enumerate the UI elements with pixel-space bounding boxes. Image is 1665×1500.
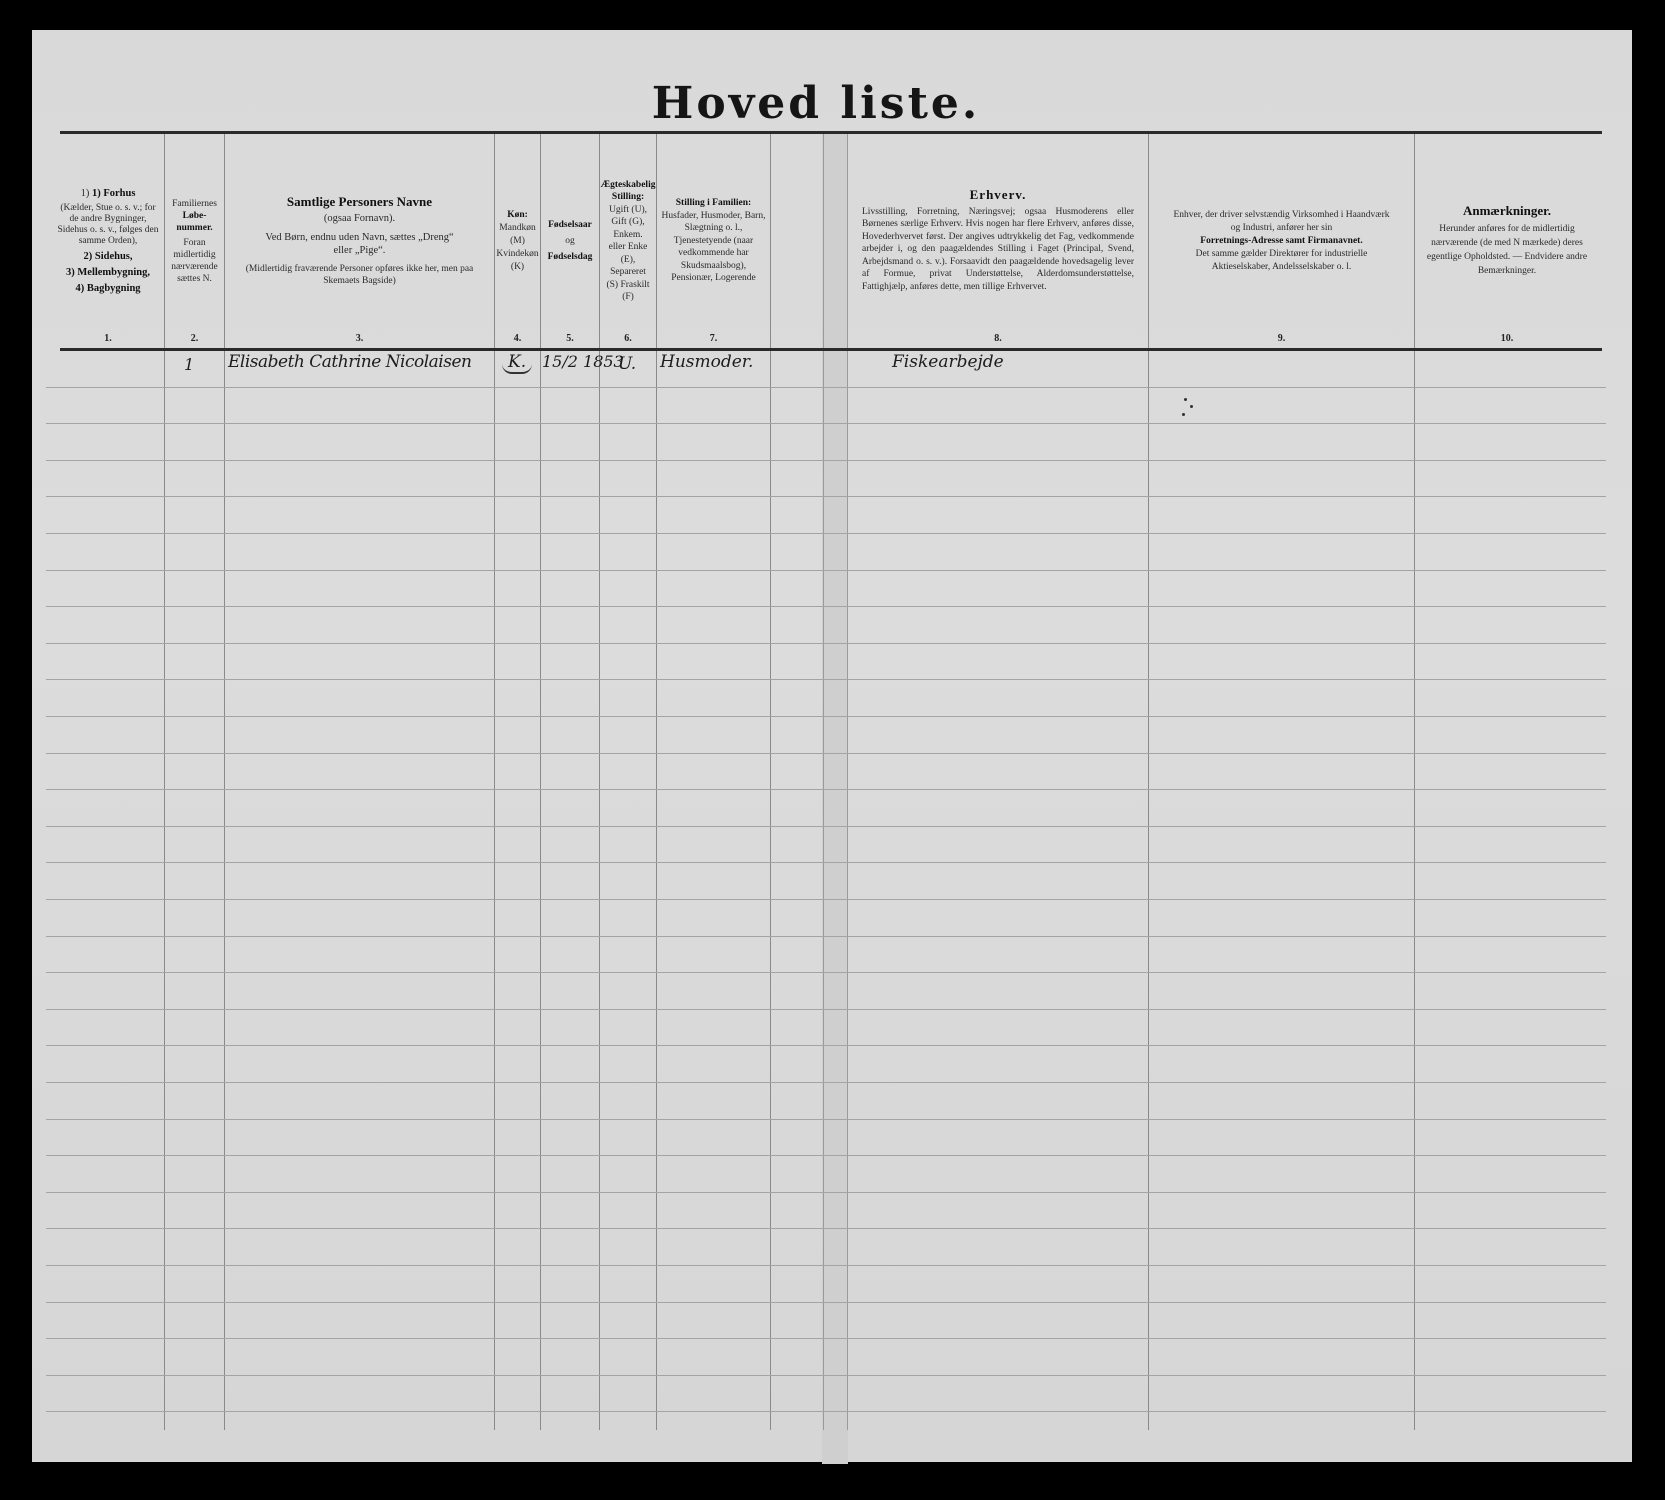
header-text: Løbe-nummer. [169, 210, 220, 234]
header-text: Anmærkninger. [1463, 204, 1551, 218]
column-number: 8. [848, 333, 1148, 344]
header-text: Fødselsdag [548, 249, 593, 265]
row-line [46, 936, 1606, 937]
entry-sex: K. [502, 352, 532, 374]
header-text: (Midlertidig fraværende Personer opføres… [239, 263, 480, 287]
ink-speck [1190, 405, 1193, 408]
row-line [46, 1045, 1606, 1046]
row-line [46, 460, 1606, 461]
row-line [46, 1375, 1606, 1376]
column-number: 7. [657, 333, 770, 344]
header-text: 2) Sidehus, [83, 251, 132, 262]
header-col-2: Familiernes Løbe-nummer. Foran midlertid… [165, 136, 224, 346]
header-text: (Kælder, Stue o. s. v.; for de andre Byg… [56, 203, 160, 247]
entry-family-position: Husmoder. [660, 352, 753, 372]
row-line [46, 1082, 1606, 1083]
column-number: 1. [52, 333, 164, 344]
row-line [46, 753, 1606, 754]
row-line [46, 496, 1606, 497]
header-text: Fødselsaar [548, 217, 592, 233]
row-line [46, 1302, 1606, 1303]
row-line [46, 1411, 1606, 1412]
header-text: Familiernes [172, 198, 217, 210]
header-text: Husfader, Husmoder, Barn, Slægtning o. l… [661, 210, 766, 285]
row-line [46, 423, 1606, 424]
header-text: 4) Bagbygning [75, 283, 140, 294]
header-col-4: Køn: Mandkøn (M) Kvindekøn (K) [495, 136, 540, 346]
header-text: (ogsaa Fornavn). [324, 212, 395, 225]
header-text: Enhver, der driver selvstændig Virksomhe… [1171, 209, 1392, 235]
header-text: Foran midlertidig nærværende sættes N. [169, 237, 220, 285]
header-col-9: Enhver, der driver selvstændig Virksomhe… [1149, 136, 1414, 346]
row-line [46, 716, 1606, 717]
row-line [46, 826, 1606, 827]
row-line [46, 1265, 1606, 1266]
header-col-7: Stilling i Familien: Husfader, Husmoder,… [657, 136, 770, 346]
header-text: 1) Forhus [92, 188, 135, 199]
header-text: Forretnings-Adresse samt Firmanavnet. [1200, 235, 1362, 248]
row-line [46, 899, 1606, 900]
column-number: 9. [1149, 333, 1414, 344]
row-line [46, 972, 1606, 973]
header-text: Samtlige Personers Navne [287, 195, 432, 208]
row-line [46, 1119, 1606, 1120]
entry-name: Elisabeth Cathrine Nicolaisen [228, 352, 471, 372]
row-line [46, 1338, 1606, 1339]
header-text: Herunder anføres for de midlertidig nærv… [1425, 222, 1589, 278]
row-line [46, 679, 1606, 680]
header-text: Mandkøn (M) Kvindekøn (K) [496, 222, 538, 274]
header-col-5: Fødselsaar og Fødselsdag [541, 136, 599, 346]
row-line [46, 643, 1606, 644]
header-text: 3) Mellembygning, [66, 267, 150, 278]
row-line [46, 387, 1606, 388]
header-text: Ugift (U), Gift (G), Enkem. eller Enke (… [604, 204, 652, 304]
ink-speck [1182, 413, 1185, 416]
row-line [46, 1009, 1606, 1010]
header-text: Ægteskabelig Stilling: [601, 179, 656, 204]
column-number: 2. [165, 333, 224, 344]
gutter-divider [823, 134, 824, 1430]
column-number: 4. [495, 333, 540, 344]
row-line [46, 606, 1606, 607]
row-line [46, 1228, 1606, 1229]
header-rule [60, 348, 1602, 351]
ink-speck [1184, 398, 1187, 401]
header-text: Det samme gælder Direktører for industri… [1171, 248, 1392, 274]
census-form-page: Hoved liste. 1) 1) Forhus (Kælder, Stue … [32, 30, 1632, 1462]
header-col-1: 1) 1) Forhus (Kælder, Stue o. s. v.; for… [52, 136, 164, 346]
entry-birth: 15/2 1853 [542, 352, 624, 371]
entry-marital-status: U. [618, 354, 636, 374]
header-text: Køn: [507, 209, 528, 222]
header-text: Ved Børn, endnu uden Navn, sættes „Dreng… [239, 231, 480, 257]
row-line [46, 570, 1606, 571]
header-col-6: Ægteskabelig Stilling: Ugift (U), Gift (… [600, 136, 656, 346]
column-number: 5. [541, 333, 599, 344]
header-col-3: Samtlige Personers Navne (ogsaa Fornavn)… [225, 136, 494, 346]
header-text: og [565, 233, 575, 249]
row-line [46, 1155, 1606, 1156]
header-text: Stilling i Familien: [676, 197, 751, 210]
entry-family-number: 1 [184, 355, 194, 374]
column-number: 10. [1415, 333, 1599, 344]
row-line [46, 789, 1606, 790]
header-text: Livsstilling, Forretning, Næringsvej; og… [862, 206, 1134, 294]
form-title: Hoved liste. [32, 78, 1600, 129]
header-text: Erhverv. [970, 189, 1027, 202]
column-number: 6. [600, 333, 656, 344]
row-line [46, 533, 1606, 534]
row-line [46, 1192, 1606, 1193]
row-line [46, 862, 1606, 863]
header-col-8: Erhverv. Livsstilling, Forretning, Nærin… [848, 136, 1148, 346]
header-col-10: Anmærkninger. Herunder anføres for de mi… [1415, 136, 1599, 346]
column-divider [770, 134, 771, 1430]
column-number: 3. [225, 333, 494, 344]
entry-occupation: Fiskearbejde [892, 352, 1004, 372]
